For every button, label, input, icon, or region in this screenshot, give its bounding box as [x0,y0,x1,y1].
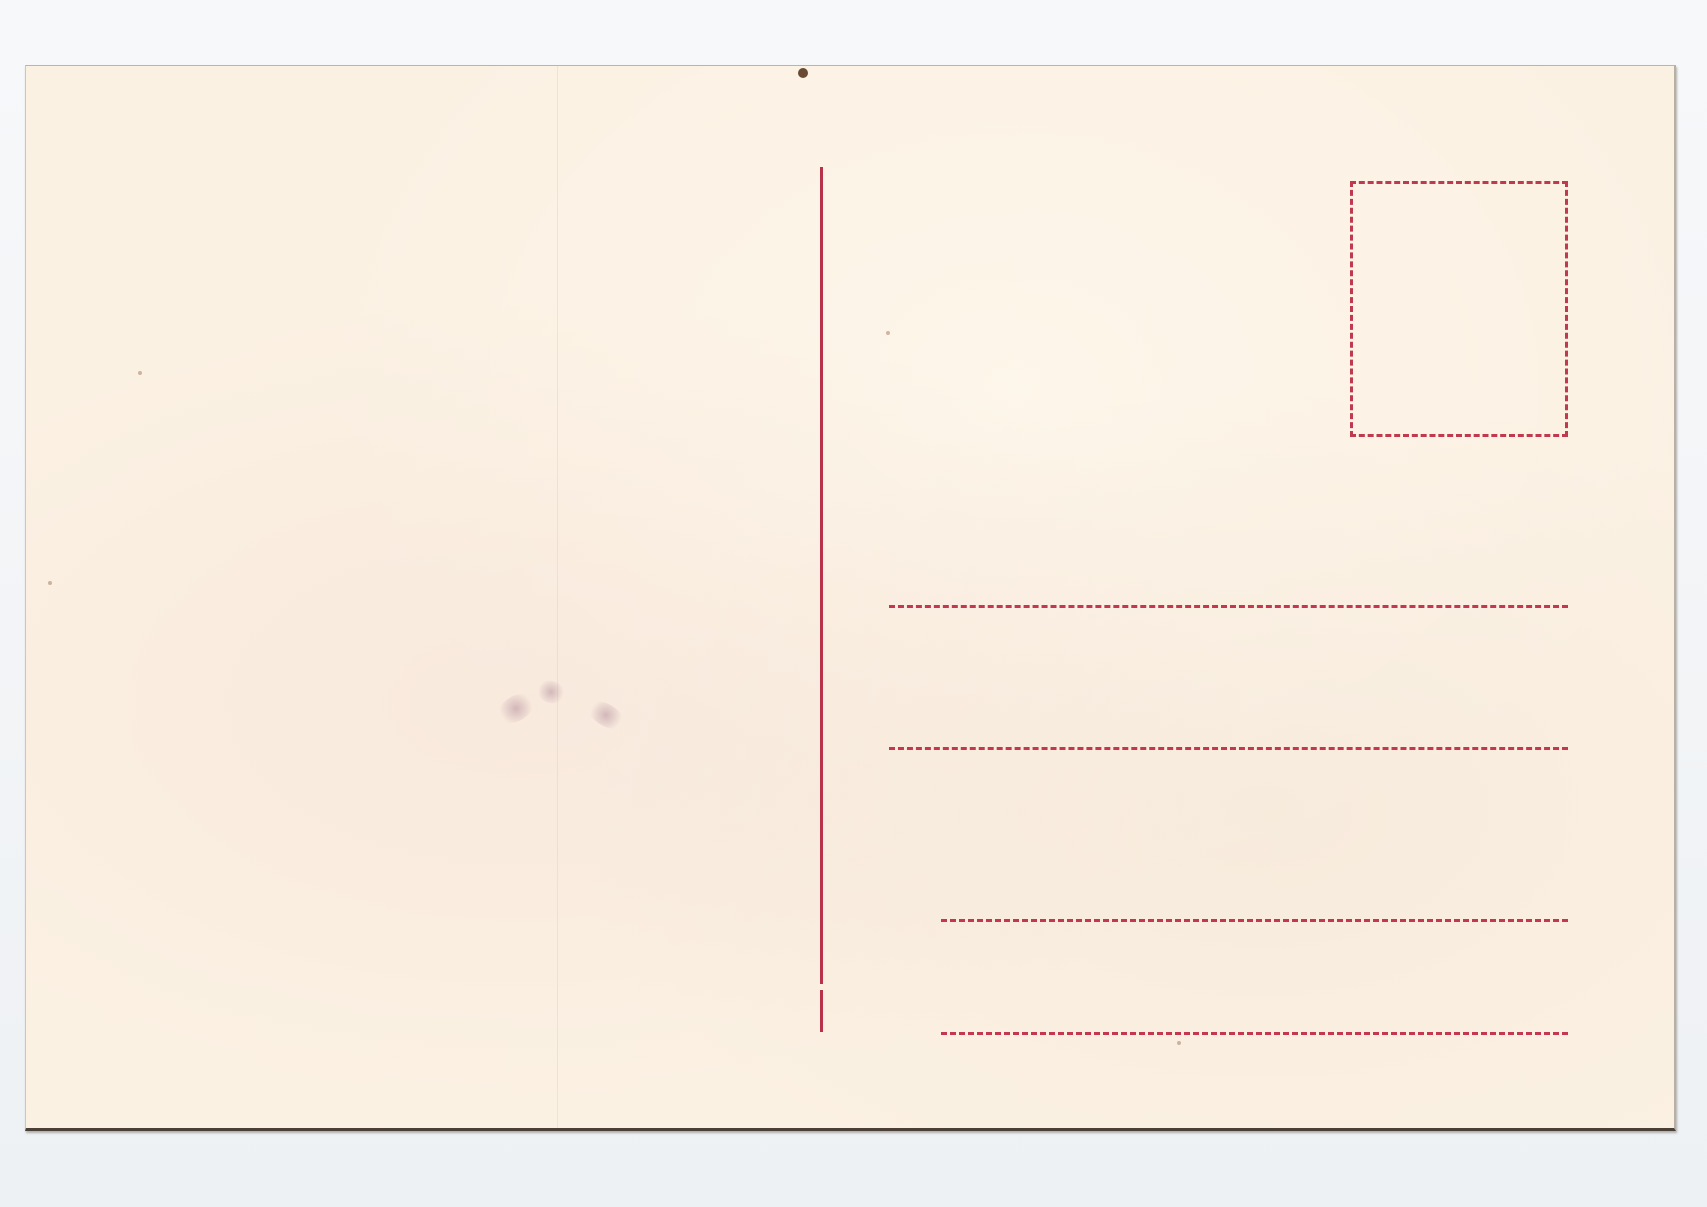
address-line-1 [889,605,1568,608]
center-divider-line [820,167,823,984]
address-line-2 [889,747,1568,750]
center-divider-line-end [820,990,823,1032]
paper-speck [886,331,890,335]
paper-speck [138,371,142,375]
address-line-4 [941,1032,1568,1035]
postcard-back [25,65,1676,1131]
address-line-3 [941,919,1568,922]
message-area [26,66,806,1128]
paper-speck [1177,1041,1181,1045]
paper-speck [48,581,52,585]
stamp-box [1350,181,1568,437]
